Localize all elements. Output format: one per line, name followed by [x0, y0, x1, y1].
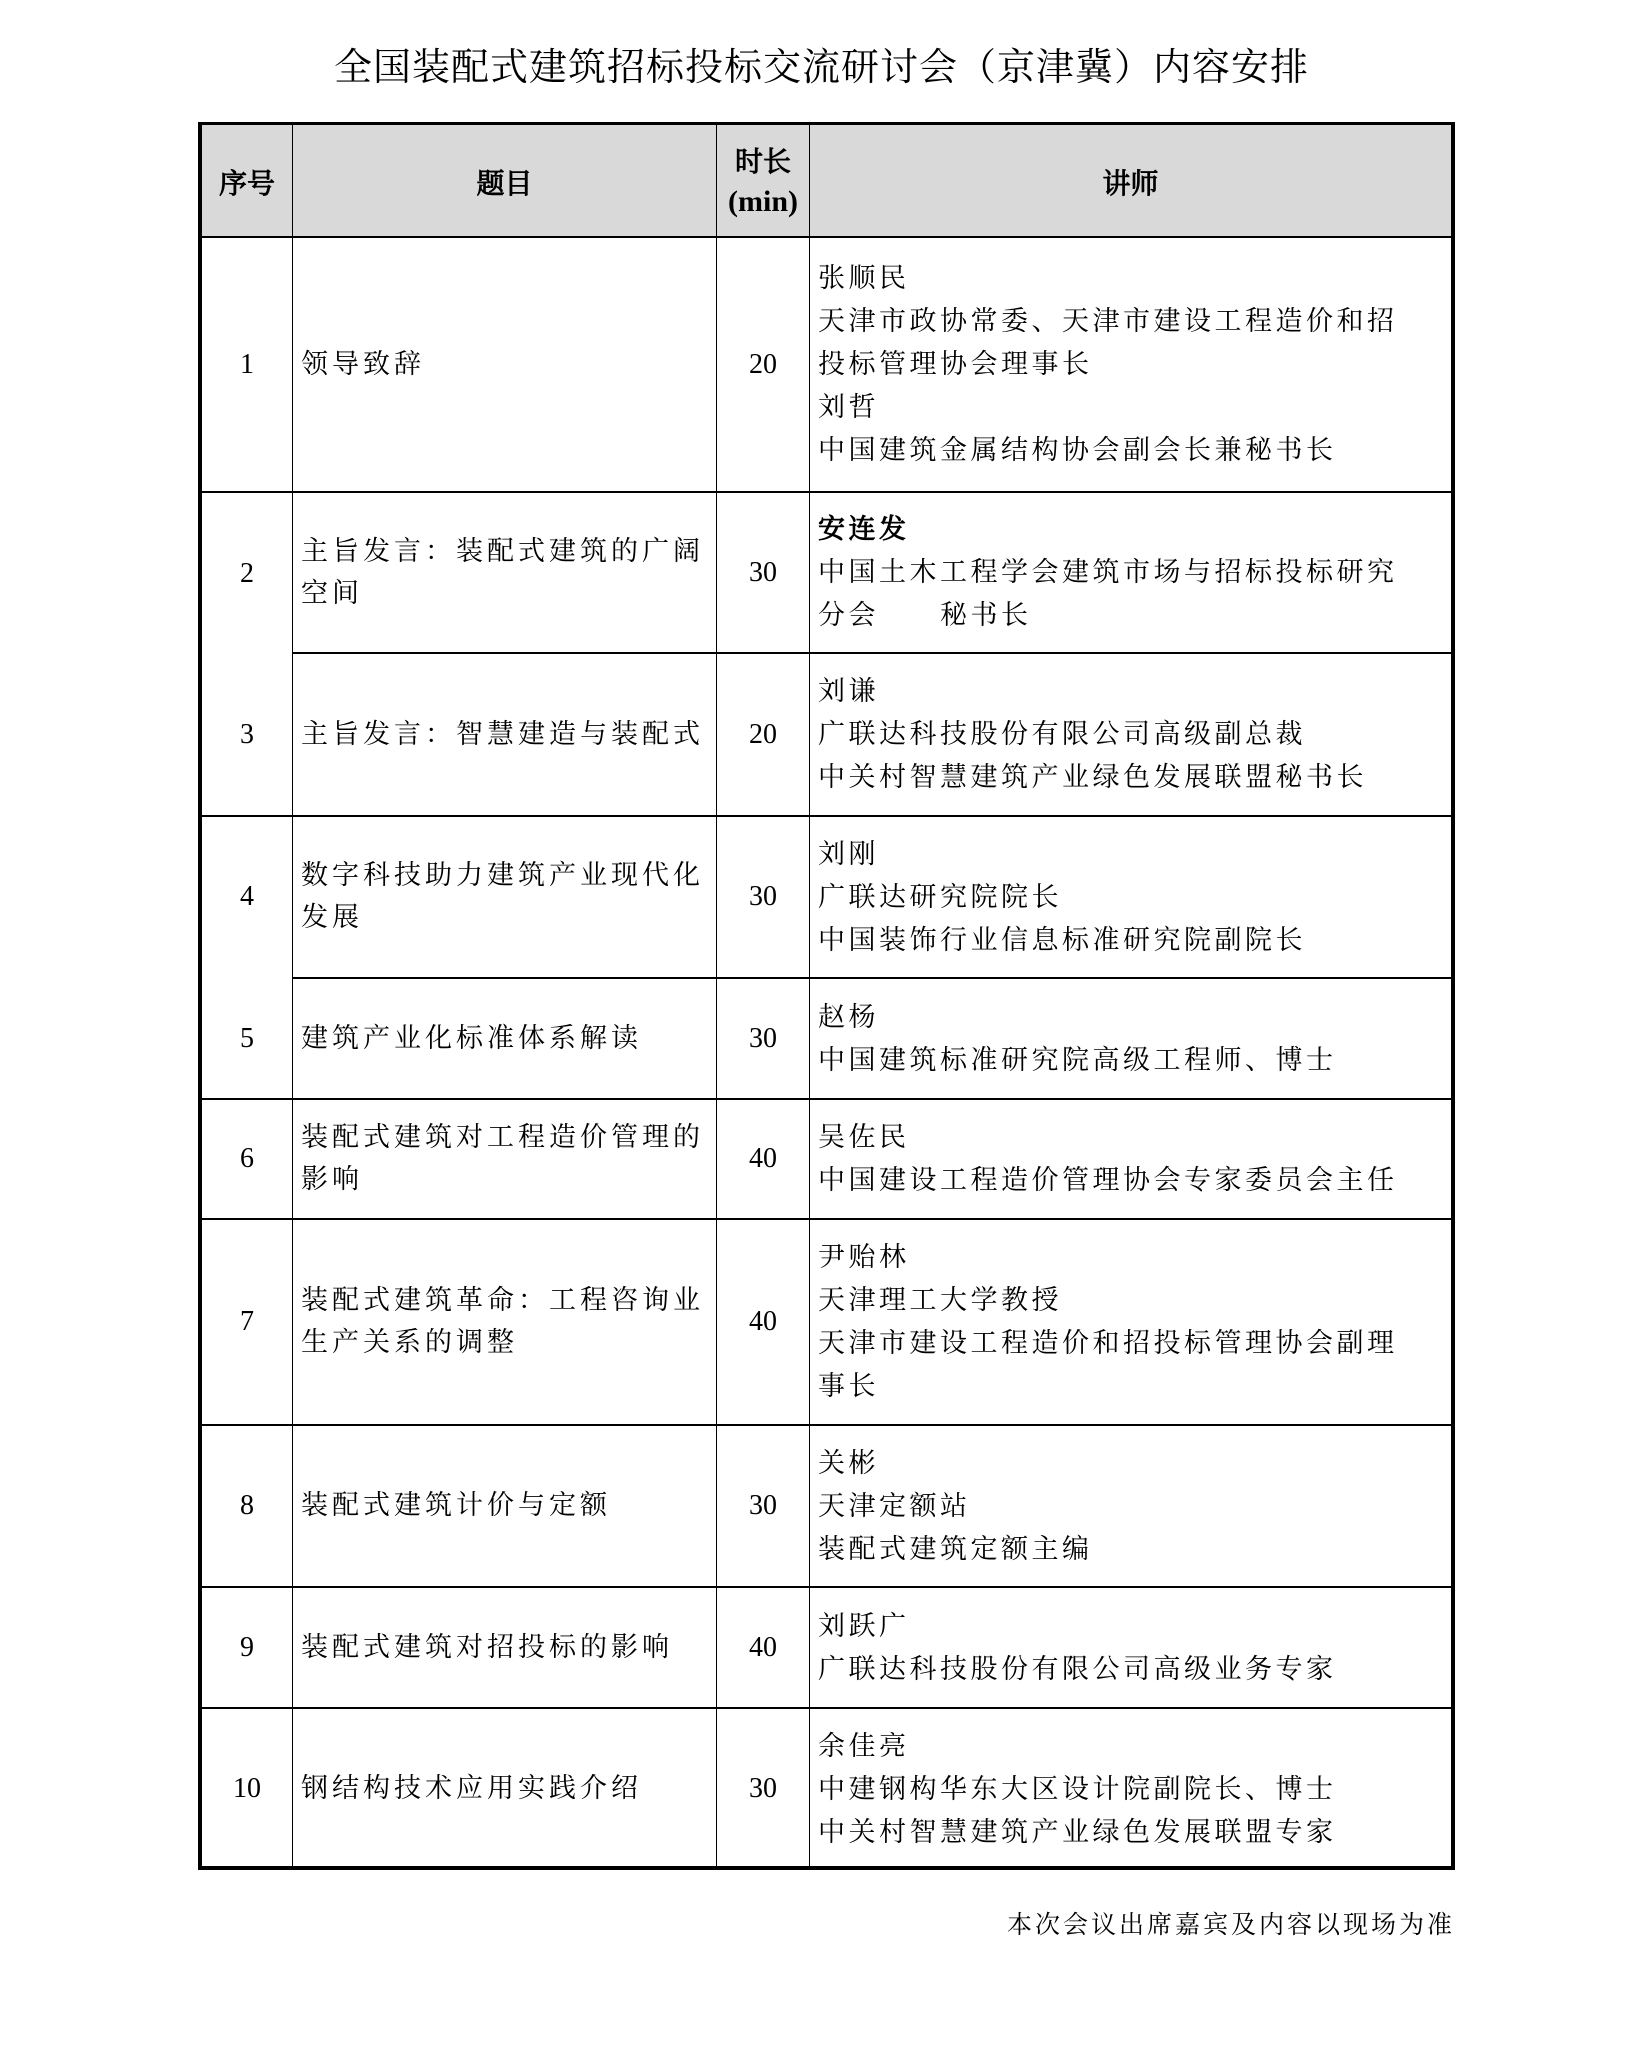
speaker-name: 赵杨 — [818, 996, 1451, 1039]
speaker-title: 分会 秘书长 — [818, 594, 1451, 637]
speaker-title: 中国土木工程学会建筑市场与招标投标研究 — [818, 551, 1451, 594]
row-10-index: 10 — [202, 1709, 292, 1869]
row-10-speaker: 余佳亮 中建钢构华东大区设计院副院长、博士 中关村智慧建筑产业绿色发展联盟专家 — [810, 1709, 1451, 1869]
row-9-duration: 40 — [717, 1588, 809, 1707]
row-1-index: 1 — [202, 238, 292, 491]
row-8-index: 8 — [202, 1426, 292, 1586]
speaker-title: 中国建设工程造价管理协会专家委员会主任 — [818, 1159, 1451, 1202]
row-8-topic: 装配式建筑计价与定额 — [293, 1426, 716, 1586]
row-4-topic: 数字科技助力建筑产业现代化发展 — [293, 817, 716, 977]
row-6-duration: 40 — [717, 1100, 809, 1218]
speaker-title: 装配式建筑定额主编 — [818, 1528, 1451, 1571]
row-5-duration: 30 — [717, 979, 809, 1098]
row-7-speaker: 尹贻林 天津理工大学教授 天津市建设工程造价和招投标管理协会副理 事长 — [810, 1220, 1451, 1424]
header-duration-unit: (min) — [728, 182, 798, 222]
header-duration: 时长 (min) — [717, 125, 809, 238]
speaker-title: 天津定额站 — [818, 1485, 1451, 1528]
row-5-index: 5 — [202, 979, 292, 1098]
row-2-speaker: 安连发 中国土木工程学会建筑市场与招标投标研究 分会 秘书长 — [810, 493, 1451, 652]
row-9-topic: 装配式建筑对招投标的影响 — [293, 1588, 716, 1707]
row-3-index: 3 — [202, 654, 292, 815]
row-1-topic: 领导致辞 — [293, 238, 716, 491]
row-6-index: 6 — [202, 1100, 292, 1218]
speaker-title: 中国装饰行业信息标准研究院副院长 — [818, 919, 1451, 962]
speaker-title: 投标管理协会理事长 — [818, 343, 1451, 386]
row-6-speaker: 吴佐民 中国建设工程造价管理协会专家委员会主任 — [810, 1100, 1451, 1218]
row-7-index: 7 — [202, 1220, 292, 1424]
speaker-title: 天津理工大学教授 — [818, 1279, 1451, 1322]
speaker-title: 天津市政协常委、天津市建设工程造价和招 — [818, 300, 1451, 343]
row-3-duration: 20 — [717, 654, 809, 815]
document-title: 全国装配式建筑招标投标交流研讨会（京津冀）内容安排 — [0, 36, 1643, 91]
footer-note: 本次会议出席嘉宾及内容以现场为准 — [1007, 1905, 1455, 1941]
row-4-speaker: 刘刚 广联达研究院院长 中国装饰行业信息标准研究院副院长 — [810, 817, 1451, 977]
row-8-speaker: 关彬 天津定额站 装配式建筑定额主编 — [810, 1426, 1451, 1586]
speaker-title: 中国建筑金属结构协会副会长兼秘书长 — [818, 429, 1451, 472]
row-9-index: 9 — [202, 1588, 292, 1707]
row-3-speaker: 刘谦 广联达科技股份有限公司高级副总裁 中关村智慧建筑产业绿色发展联盟秘书长 — [810, 654, 1451, 815]
header-duration-label: 时长 — [735, 142, 791, 182]
row-10-topic: 钢结构技术应用实践介绍 — [293, 1709, 716, 1869]
row-2-duration: 30 — [717, 493, 809, 652]
speaker-name: 刘哲 — [818, 386, 1451, 429]
speaker-name: 余佳亮 — [818, 1725, 1451, 1768]
row-5-speaker: 赵杨 中国建筑标准研究院高级工程师、博士 — [810, 979, 1451, 1098]
row-1-speaker: 张顺民 天津市政协常委、天津市建设工程造价和招 投标管理协会理事长 刘哲 中国建… — [810, 238, 1451, 491]
row-6-topic: 装配式建筑对工程造价管理的影响 — [293, 1100, 716, 1218]
row-10-duration: 30 — [717, 1709, 809, 1869]
speaker-name: 刘谦 — [818, 670, 1451, 713]
row-2-topic: 主旨发言：装配式建筑的广阔空间 — [293, 493, 716, 652]
speaker-title: 广联达科技股份有限公司高级业务专家 — [818, 1648, 1451, 1691]
row-1-duration: 20 — [717, 238, 809, 491]
row-7-topic: 装配式建筑革命：工程咨询业生产关系的调整 — [293, 1220, 716, 1424]
speaker-title: 中关村智慧建筑产业绿色发展联盟秘书长 — [818, 756, 1451, 799]
row-4-index: 4 — [202, 817, 292, 977]
speaker-name: 张顺民 — [818, 257, 1451, 300]
row-7-duration: 40 — [717, 1220, 809, 1424]
speaker-name: 刘刚 — [818, 833, 1451, 876]
speaker-name: 安连发 — [818, 508, 1451, 551]
speaker-title: 广联达科技股份有限公司高级副总裁 — [818, 713, 1451, 756]
row-5-topic: 建筑产业化标准体系解读 — [293, 979, 716, 1098]
row-3-topic: 主旨发言：智慧建造与装配式 — [293, 654, 716, 815]
speaker-title: 中关村智慧建筑产业绿色发展联盟专家 — [818, 1811, 1451, 1854]
speaker-title: 中建钢构华东大区设计院副院长、博士 — [818, 1768, 1451, 1811]
speaker-title: 天津市建设工程造价和招投标管理协会副理 — [818, 1322, 1451, 1365]
row-4-duration: 30 — [717, 817, 809, 977]
speaker-name: 吴佐民 — [818, 1116, 1451, 1159]
speaker-title: 广联达研究院院长 — [818, 876, 1451, 919]
header-index: 序号 — [202, 125, 292, 238]
header-speaker: 讲师 — [810, 125, 1451, 238]
speaker-name: 尹贻林 — [818, 1236, 1451, 1279]
speaker-title: 事长 — [818, 1365, 1451, 1408]
speaker-title: 中国建筑标准研究院高级工程师、博士 — [818, 1039, 1451, 1082]
row-9-speaker: 刘跃广 广联达科技股份有限公司高级业务专家 — [810, 1588, 1451, 1707]
speaker-name: 刘跃广 — [818, 1605, 1451, 1648]
row-2-index: 2 — [202, 493, 292, 654]
schedule-table: 序号 题目 时长 (min) 讲师 1 领导致辞 20 张顺民 天津市政协常委、… — [198, 122, 1455, 1870]
row-8-duration: 30 — [717, 1426, 809, 1586]
speaker-name: 关彬 — [818, 1442, 1451, 1485]
header-topic: 题目 — [293, 125, 716, 238]
